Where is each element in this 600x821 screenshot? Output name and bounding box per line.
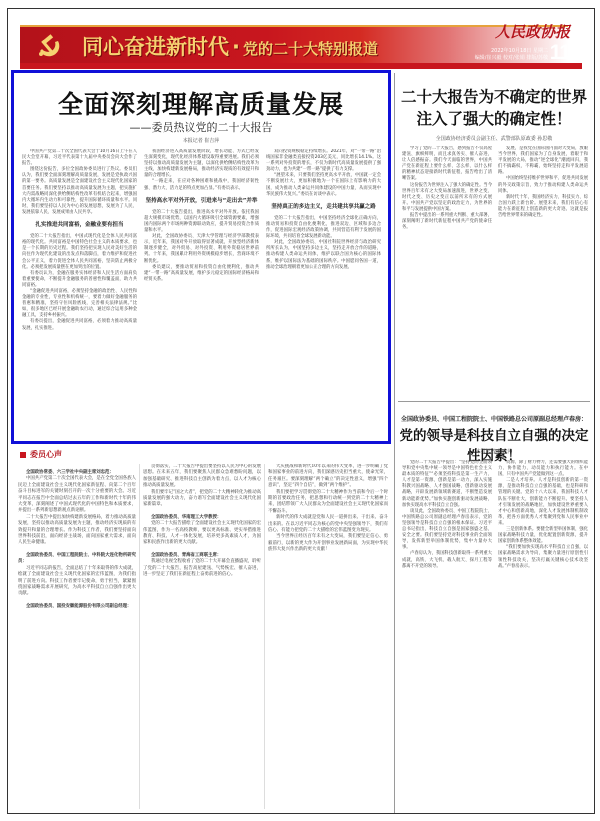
square-bullet-icon [20,452,26,458]
paragraph: 党的二十大报告指出，中国坚持经济全球化正确方向，推动贸易和投资自由化便利化，推进… [266,216,381,240]
paragraph: 我们要把学习贯彻党的二十大精神作为当前和今后一个时期的首要政治任务，把思想和行动… [268,490,388,516]
paragraph: 三是创新体系。要健全新型举国体制，强化国家战略科技力量，优化配置创新资源，提升国… [498,527,588,545]
paragraph: 当今世界正经历百年未有之大变局，我们要坚定信心、勇毅前行，以新的更大作为开创事业… [268,534,388,553]
paragraph: 对此，全国政协委员、中国社科院世界经济与政治研究所所长认为，中国坚持多边主义，坚… [266,240,381,270]
paragraph: 党的二十大报告指出，中国式现代化是全体人民共同富裕的现代化。共同富裕是中国特色社… [22,234,137,271]
feature-subhead-1: 扎实推进共同富裕，金融业要有担当 [22,222,137,228]
feature-headline: 全面深刻理解高质量发展 [14,85,388,121]
right-bottom-column-1: 党的二十大报告中提出：“坚持党的全面领导和党中央集中统一领导是中国特色社会主义最… [402,460,492,810]
paragraph: 我通过电视全程收看了党的二十大开幕会直播盛况，聆听了党的二十大报告，报告高屋建瓴… [143,559,261,578]
paper-name-logo: 人民政协报 [495,21,570,42]
right-bottom-article[interactable]: 全国政协委员、中国工程院院士、中国铁路总公司原副总经理卢春房： 党的领导是科技自… [396,404,592,814]
paragraph: 贯彻落实，二十大报告中提出要坚持以人民为中心的发展思想。在未来五年，我们要聚焦人… [143,464,261,490]
paragraph: 二十大报告中提出加快构建新发展格局，着力推动高质量发展，坚持以推动高质量发展为主… [18,515,136,547]
lower-column-1: 全国政协常委、六三学社中央副主席刘忠范： 中国共产党第二十次全国代表大会，是在全… [18,464,136,809]
paragraph: 谈及此，全国政协委员、中国工程院院士、中国铁路总公司原副总经理卢春房表示，党的坚… [402,509,492,552]
feature-column-1: 中国共产党第二十次全国代表大会于10月16日上午在人民大会堂开幕，习近平代表第十… [22,149,137,439]
paragraph: 党的二十大报告中提出：“坚持党的全面领导和党中央集中统一领导是中国特色社会主义最… [402,460,492,509]
lower-column-2: 贯彻落实，二十大报告中提出要坚持以人民为中心的发展思想。在未来五年，我们要聚焦人… [143,464,261,809]
paragraph: 有委员认为，金融在服务实体经济和人民生活方面肩负着重要使命，不断提升金融服务的普… [22,271,137,289]
paragraph: 中国始终坚持维护世界和平、促进共同发展的外交政策宗旨，致力于推动构建人类命运共同… [498,176,588,194]
paragraph: 新时代十年，我国经济实力、科技实力、综合国力跃上新台阶。展望未来，我们有信心有能… [498,195,588,219]
paragraph: 委员建议，要推动贸易和投资自由化便利化，推动共建“一带一路”高质量发展，维护多元… [144,265,259,283]
right-top-article[interactable]: 二十大报告为不确定的世界 注入了强大的确定性！ 全国政协经济委员会副主任、武警部… [396,70,592,400]
banner-separator: · [232,35,240,59]
paragraph: 报告中提出的一系列重大判断、重大部署，深刻阐明了新时代新征程中国共产党的使命任务… [402,213,492,231]
right-top-headline: 二十大报告为不确定的世界 注入了强大的确定性！ [396,86,592,130]
feature-byline: 本报记者 崔吉萍 [14,137,388,144]
newspaper-page: 同心奋进新时代·党的二十大特别报道 人民政协报 2022年10月18日 星期二 … [7,8,595,814]
paragraph: 双向投资规模稳定持续增长。2021年，对“一带一路”沿线国家非金融类直接投资20… [266,149,381,173]
issue-date: 2022年10月18日 星期二 [491,47,548,54]
lower-column-divider [139,464,140,809]
feature-subhead-3: 坚持真正的多边主义，走共建共享共赢之路 [266,204,381,210]
feature-article-box[interactable]: 全面深刻理解高质量发展 ——委员热议党的二十大报告 本报记者 崔吉萍 中国共产党… [11,70,391,444]
feature-subheadline: ——委员热议党的二十大报告 [14,119,388,135]
section-label-text: 委员心声 [30,449,62,460]
right-top-column-2: 发展，是我党在国际国内面对大变局，放眼当今世界，我们国家为了自身发展，着眼于和平… [498,146,588,396]
right-top-byline: 全国政协经济委员会副主任、武警部队原政委 孙思敬 [396,135,592,142]
speaker-line: 全国政协委员、国投安徽能源股份有限公司副总经理： [18,604,136,610]
feature-column-3: 双向投资规模稳定持续增长。2021年，对“一带一路”沿线国家非金融类直接投资20… [266,149,381,439]
paragraph: 我国经济进入高质量发展阶段，增长动能、方式已经发生深刻变化，现代化经济体系建设取… [144,149,259,179]
paragraph: 有委员提出，金融促进共同富裕，必须着力推动高质量发展，扎实推进。 [22,319,137,331]
feature-column-2: 我国经济进入高质量发展阶段，增长动能、方式已经发生深刻变化，现代化经济体系建设取… [144,149,259,439]
paragraph: 二是人才培养。人才是科技创新的第一资源，是推动科技自立自强的基础，也是科研和管理… [498,478,588,527]
editors-line: 编辑/崔兴毅 校对/张娟 排版/苏敬 [475,54,548,61]
right-bottom-column-2: 资源，除了财力物力，还需要强大的组织能力、协作能力、动员能力和执行能力。在中国，… [498,460,588,810]
lower-column-divider [264,464,265,809]
paragraph: 学习了党的二十大报告，感到报告不仅高屋建瓴、旗帜鲜明，而且求真务实、催人奋进，让… [402,146,492,183]
headline-line-2: 注入了强大的确定性！ [396,108,592,130]
paragraph: 中国共产党第二十次全国代表大会，是在全党全国各族人民迈上全面建设社会主义现代化国… [18,476,136,514]
paragraph: 中国共产党第二十次全国代表大会于10月16日上午在人民大会堂开幕，习近平代表第十… [22,149,137,167]
paragraph: 我们要牢记“国之大者”，把党的二十大精神转化为推动高质量发展的强大动力，奋力谱写… [143,490,261,509]
section-label-member-voices: 委员心声 [20,449,62,460]
paragraph: 这份报告为世界注入了强大的确定性。当今世界百年未有之大变局加速演进，世界之变、时… [402,183,492,213]
paragraph: 发展，是我党在国际国内面对大变局，放眼当今世界，我们国家为了自身发展，着眼于和平… [498,146,588,176]
headline-line-1: 二十大报告为不确定的世界 [396,86,592,108]
paragraph: “我们要加快实现高水平科技自立自强，以国家战略需求为导向，集聚力量进行原创性引领… [498,545,588,569]
paragraph: 大庆挑战和新时代10年以来的伟大变革，进一步明确了党和国家事业的前进方向，我们深… [268,464,388,490]
right-bottom-headline: 党的领导是科技自立自强的决定性因素！ [396,424,592,464]
masthead-bottom-rule [20,63,582,69]
banner-subtitle: 党的二十大特别报道 [243,40,378,58]
paragraph: 党的二十大报告提出，推进高水平对外开放。依托我国超大规模市场优势，以国内大循环吸… [144,210,259,234]
page-number: 11 [550,41,570,65]
paragraph: 围绕这份报告，多位全国政协委员进行了热议。委员们认为，我们要全面深刻理解高质量发… [22,167,137,216]
banner-main-title: 同心奋进新时代 [82,35,229,59]
column-divider [394,73,395,813]
hammer-sickle-icon [34,31,64,61]
masthead: 同心奋进新时代·党的二十大特别报道 人民政协报 2022年10月18日 星期二 … [20,17,582,69]
paragraph: 卢春房认为，我国科技创新取得一系列重大成就，高铁、大飞机、载人航天、探月工程等都… [402,551,492,569]
banner-title: 同心奋进新时代·党的二十大特别报道 [82,31,378,61]
right-bottom-byline: 本报记者 崔吉萍 [396,448,592,455]
paragraph: 新时代的伟大成就是党和人民一道拼出来、干出来、奋斗出来的。在以习近平同志为核心的… [268,515,388,534]
paragraph: “展望未来，只要我们坚持更高水平开放，中国就一定会不断发展壮大，更加积极地为一个… [266,173,381,197]
lower-column-3: 大庆挑战和新时代10年以来的伟大变革，进一步明确了党和国家事业的前进方向，我们深… [268,464,388,809]
right-section-divider [398,401,590,402]
paragraph: 资源，除了财力物力，还需要强大的组织能力、协作能力、动员能力和执行能力。在中国，… [498,460,588,478]
paragraph: 对此，全国政协委员、天津大学管理与经济学部教授表示，近年来，我国对外开放取得显著… [144,234,259,264]
right-top-column-1: 学习了党的二十大报告，感到报告不仅高屋建瓴、旗帜鲜明，而且求真务实、催人奋进，让… [402,146,492,396]
paragraph: “金融促进共同富裕，必须坚持金融的政治性、人民性和金融的专业性，专业性和机构统一… [22,289,137,319]
speaker-line: 全国政协委员、中国工程院院士、中科院大连化物所研究员： [18,553,136,566]
paragraph: “一路走来，在应对各种困难和挑战中，我国经济韧性强、潜力大、活力足的特点更加凸显… [144,179,259,191]
paragraph: 习近平同志的报告，全面总结了十年来取得的伟大成就，绘就了全面建设社会主义现代化国… [18,566,136,598]
paragraph: 党的二十大报告描绘了全面建设社会主义现代化国家的宏伟蓝图，作为一名高校教师，要以… [143,521,261,547]
feature-subhead-2: 坚持高水平对外开放，引进来与“走出去”并举 [144,198,259,204]
right-bottom-kicker: 全国政协委员、中国工程院院士、中国铁路总公司原副总经理卢春房： [396,414,592,423]
